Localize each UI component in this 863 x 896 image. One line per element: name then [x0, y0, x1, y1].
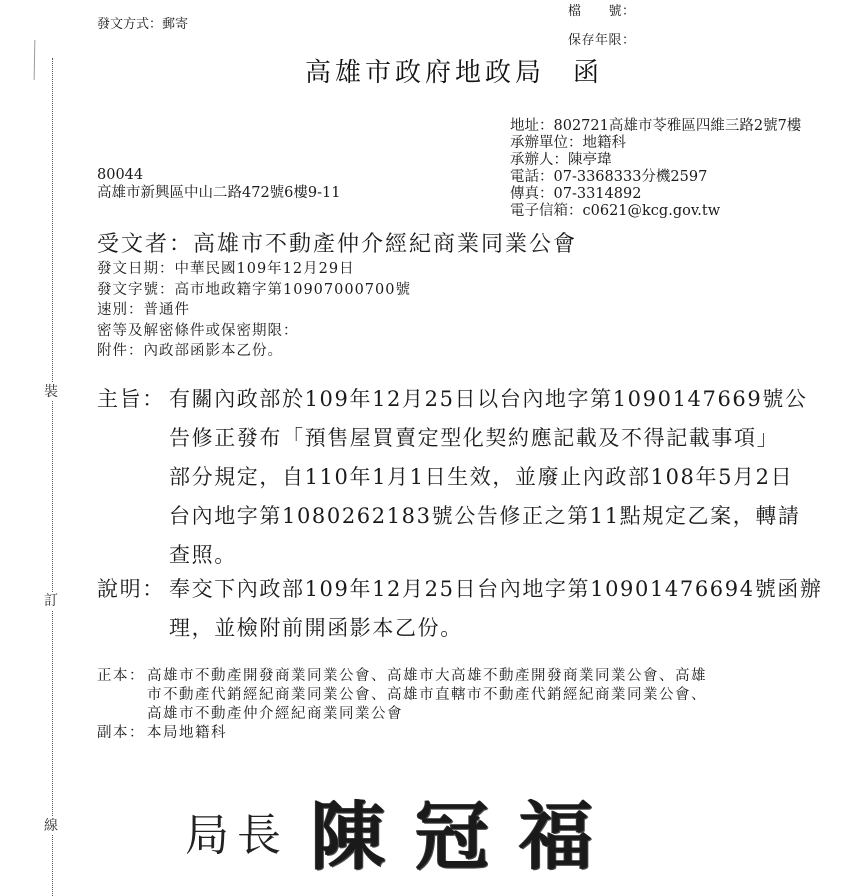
- contact-info: 地址：802721高雄市苓雅區四維三路2號7樓 承辦單位：地籍科 承辦人：陳亭瑋…: [510, 118, 801, 220]
- document-info: 發文日期：中華民國109年12月29日 發文字號：高市地政籍字第10907000…: [97, 259, 411, 362]
- binding-char-ding: 訂: [44, 592, 58, 610]
- agency-name: 高雄市政府地政局: [305, 58, 545, 88]
- contact-phone: 電話：07-3368333分機2597: [510, 169, 801, 186]
- contact-fax: 傳真：07-3314892: [510, 186, 801, 203]
- subject-label: 主旨：: [97, 380, 169, 419]
- document-number: 發文字號：高市地政籍字第10907000700號: [97, 280, 411, 301]
- file-number-label: 檔 號：: [568, 4, 636, 20]
- binding-char-zhuang: 裝: [44, 383, 58, 401]
- explanation-line: 奉交下內政部109年12月25日台內地字第10901476694號函辦: [169, 570, 823, 609]
- original-label: 正本：: [97, 667, 147, 686]
- contact-address: 地址：802721高雄市苓雅區四維三路2號7樓: [510, 118, 801, 135]
- original-recipients-line: 市不動產代銷經紀商業同業公會、高雄市直轄市不動產代銷經紀商業同業公會、: [147, 686, 707, 705]
- copy-label: 副本：: [97, 724, 147, 743]
- binding-char-xian: 線: [44, 817, 58, 835]
- mailing-address: 80044 高雄市新興區中山二路472號6樓9-11: [97, 166, 340, 202]
- subject-section: 主旨： 有關內政部於109年12月25日以台內地字第1090147669號公 告…: [97, 380, 808, 575]
- contact-handler: 承辦人：陳亭瑋: [510, 152, 801, 169]
- original-recipients-line: 高雄市不動產開發商業同業公會、高雄市大高雄不動產開發商業同業公會、高雄: [147, 667, 707, 686]
- explanation-section: 說明： 奉交下內政部109年12月25日台內地字第10901476694號函辦 …: [97, 570, 823, 648]
- postal-code: 80044: [97, 166, 340, 184]
- subject-line: 告修正發布「預售屋買賣定型化契約應記載及不得記載事項」: [97, 419, 808, 458]
- retention-period-label: 保存年限：: [568, 33, 636, 49]
- contact-email: 電子信箱：c0621@kcg.gov.tw: [510, 203, 801, 220]
- attachment: 附件：內政部函影本乙份。: [97, 341, 411, 362]
- distribution-list: 正本： 高雄市不動產開發商業同業公會、高雄市大高雄不動產開發商業同業公會、高雄 …: [97, 667, 707, 743]
- subject-line: 部分規定，自110年1月1日生效，並廢止內政部108年5月2日: [97, 458, 808, 497]
- explanation-label: 說明：: [97, 570, 169, 609]
- street-address: 高雄市新興區中山二路472號6樓9-11: [97, 184, 340, 202]
- document-type: 函: [573, 58, 603, 88]
- document-title: 高雄市政府地政局函: [305, 52, 603, 89]
- scan-artifact-line: [34, 40, 36, 80]
- issue-date: 發文日期：中華民國109年12月29日: [97, 259, 411, 280]
- contact-unit: 承辦單位：地籍科: [510, 135, 801, 152]
- original-recipients-line: 高雄市不動產仲介經紀商業同業公會: [147, 705, 403, 724]
- classification: 密等及解密條件或保密期限：: [97, 321, 411, 342]
- dispatch-method: 發文方式：郵寄: [97, 17, 188, 33]
- explanation-line: 理，並檢附前開函影本乙份。: [97, 609, 823, 648]
- subject-line: 台內地字第1080262183號公告修正之第11點規定乙案，轉請: [97, 497, 808, 536]
- binding-dotted-line: [52, 58, 53, 896]
- signatory-title: 局長: [185, 799, 289, 863]
- copy-recipients-line: 本局地籍科: [147, 724, 227, 743]
- subject-line: 有關內政部於109年12月25日以台內地字第1090147669號公: [169, 380, 808, 419]
- recipient: 受文者：高雄市不動產仲介經紀商業同業公會: [97, 227, 577, 258]
- signature-block: 局長 陳冠福: [185, 778, 623, 884]
- priority: 速別：普通件: [97, 300, 411, 321]
- signatory-name-stamp: 陳冠福: [311, 778, 623, 884]
